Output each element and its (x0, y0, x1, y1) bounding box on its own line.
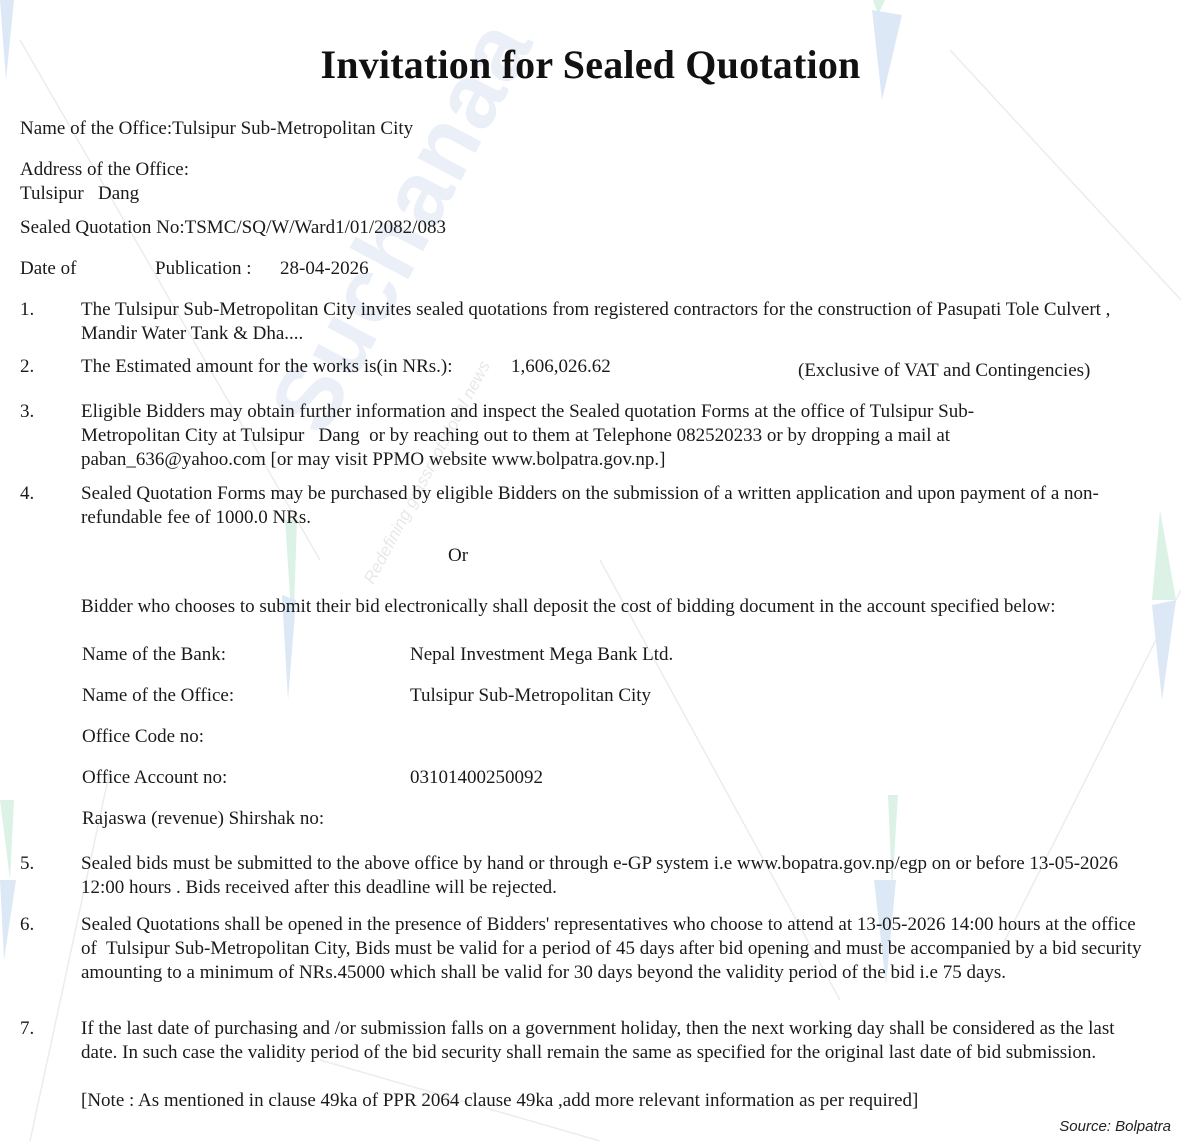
estimated-amount-note: (Exclusive of VAT and Contingencies) (798, 359, 1090, 383)
watermark-tagline: Redefining grassroots local news (360, 358, 495, 588)
clause-text: Sealed Quotation Forms may be purchased … (81, 482, 1146, 530)
clause-number: 7. (20, 1017, 34, 1041)
clause-text: Sealed Quotations shall be opened in the… (81, 913, 1146, 985)
quotation-number: Sealed Quotation No:TSMC/SQ/W/Ward1/01/2… (20, 216, 446, 240)
clause-number: 3. (20, 400, 34, 424)
clause-text: Eligible Bidders may obtain further info… (81, 400, 1056, 472)
estimated-amount-label: The Estimated amount for the works is(in… (81, 355, 453, 379)
bank-name-label: Name of the Bank: (82, 643, 226, 667)
publication-label: Publication : (155, 257, 252, 281)
account-number-label: Office Account no: (82, 766, 227, 790)
office-name: Name of the Office:Tulsipur Sub-Metropol… (20, 117, 413, 141)
clause-number: 2. (20, 355, 34, 379)
clause-number: 5. (20, 852, 34, 876)
publication-date: 28-04-2026 (280, 257, 369, 281)
office-code-label: Office Code no: (82, 725, 204, 749)
clause-text: The Tulsipur Sub-Metropolitan City invit… (81, 298, 1126, 346)
account-number-value: 03101400250092 (410, 766, 543, 790)
clause-number: 6. (20, 913, 34, 937)
clause-text: If the last date of purchasing and /or s… (81, 1017, 1146, 1065)
electronic-submission-text: Bidder who chooses to submit their bid e… (81, 595, 1056, 619)
address-value: Tulsipur Dang (20, 182, 139, 206)
clause-number: 4. (20, 482, 34, 506)
address-label: Address of the Office: (20, 158, 189, 182)
office-name-label: Name of the Office: (82, 684, 234, 708)
or-separator: Or (448, 544, 468, 568)
clause-note: [Note : As mentioned in clause 49ka of P… (81, 1089, 918, 1113)
estimated-amount-value: 1,606,026.62 (511, 355, 611, 379)
date-label: Date of (20, 257, 76, 281)
bank-name-value: Nepal Investment Mega Bank Ltd. (410, 643, 673, 667)
revenue-shirshak-label: Rajaswa (revenue) Shirshak no: (82, 807, 324, 831)
document-title: Invitation for Sealed Quotation (0, 41, 1181, 88)
clause-text: Sealed bids must be submitted to the abo… (81, 852, 1146, 900)
clause-number: 1. (20, 298, 34, 322)
source-credit: Source: Bolpatra (1059, 1118, 1171, 1135)
office-name-value: Tulsipur Sub-Metropolitan City (410, 684, 651, 708)
